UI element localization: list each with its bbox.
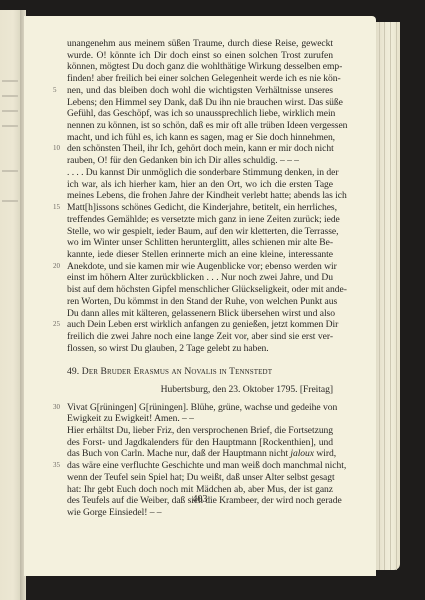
text-line: einst im höhern Alter zurückblicken . . … <box>67 272 333 284</box>
facing-page-edge <box>0 10 22 600</box>
text-line: des Forst- und Jagdkalenders für den Hau… <box>67 437 333 449</box>
text-line: 30Vivat G[rüningen] G[rüningen]. Blühe, … <box>67 402 333 414</box>
line-text: wie Gorge Einsiedel! – – <box>67 507 162 518</box>
bleed-through-text <box>2 200 18 202</box>
line-number: 10 <box>53 143 63 155</box>
text-line: Gefühl, das Geschöpf, was ich so unaussp… <box>67 108 333 120</box>
bleed-through-text <box>2 80 18 82</box>
line-text: finden! aber freilich bei einer solchen … <box>67 73 341 84</box>
line-text: wenn der Teufel sein Spiel hat; Du weißt… <box>67 472 335 483</box>
line-text: auch Dein Leben erst wirklich anfangen z… <box>67 319 338 330</box>
text-line: das Buch von Carln. Mache nur, daß der H… <box>67 448 333 460</box>
text-line: flossen, so wirst Du glauben, 2 Tage gel… <box>67 343 333 355</box>
line-text: ich war, als ich hierher kam, hier an de… <box>67 179 333 190</box>
line-text: hat: Ihr gebt Euch doch noch mit Mädchen… <box>67 484 333 495</box>
line-text: macht, und ich fühl es, ich kann es sage… <box>67 132 335 143</box>
text-line: Hier erhältst Du, lieber Friz, den versp… <box>67 425 333 437</box>
line-number: 25 <box>53 319 63 331</box>
line-text: Matt[h]issons schönes Gedicht, die Kinde… <box>67 202 337 213</box>
text-line: Du dann alles mit kälteren, gelassenern … <box>67 308 333 320</box>
bleed-through-text <box>2 95 18 97</box>
line-text: können, mögtest Du doch ganz die wohlthä… <box>67 61 342 72</box>
text-line: wie Gorge Einsiedel! – – <box>67 507 333 519</box>
text-line: kannte, iede dieser Stellen erinnerte mi… <box>67 249 333 261</box>
text-line: Stelle, wo wir gespielt, ieder Baum, auf… <box>67 226 333 238</box>
line-text: einst im höhern Alter zurückblicken . . … <box>67 272 333 283</box>
text-line: rauben, O! für den Gedanken bin ich Dir … <box>67 155 333 167</box>
line-text: unangenehm aus meinem süßen Traume, durc… <box>67 38 333 49</box>
page-text: unangenehm aus meinem süßen Traume, durc… <box>67 38 333 519</box>
line-text: des Forst- und Jagdkalenders für den Hau… <box>67 437 333 448</box>
text-line: 35das wäre eine verfluchte Geschichte un… <box>67 460 333 472</box>
text-line: macht, und ich fühl es, ich kann es sage… <box>67 132 333 144</box>
text-line: 20Anekdote, und sie kamen mir wie Augenb… <box>67 261 333 273</box>
text-line: unangenehm aus meinem süßen Traume, durc… <box>67 38 333 50</box>
line-text: Gefühl, das Geschöpf, was ich so unaussp… <box>67 108 335 119</box>
text-line: treffendes Gemählde; es versetzte mich g… <box>67 214 333 226</box>
text-line: ren Worten, Du kömmst in den Stand der R… <box>67 296 333 308</box>
text-line: wenn der Teufel sein Spiel hat; Du weißt… <box>67 472 333 484</box>
text-line: wurde. O! könnte ich Dir doch einst so e… <box>67 50 333 62</box>
line-text: wurde. O! könnte ich Dir doch einst so e… <box>67 50 333 61</box>
section-spacer <box>67 354 333 366</box>
bleed-through-text <box>2 110 18 112</box>
line-text: das Buch von Carln. Mache nur, daß der H… <box>67 448 290 459</box>
text-line: können, mögtest Du doch ganz die wohlthä… <box>67 61 333 73</box>
text-line: meines Lebens, die frohen Jahre der Kind… <box>67 190 333 202</box>
line-number: 20 <box>53 261 63 273</box>
line-text: . . . . Du kannst Dir unmöglich die sond… <box>67 167 338 178</box>
line-text: ren Worten, Du kömmst in den Stand der R… <box>67 296 337 307</box>
line-text: Hier erhältst Du, lieber Friz, den versp… <box>67 425 333 436</box>
line-text: bist auf dem höchsten Gipfel menschliche… <box>67 284 347 295</box>
line-text: wo im Winter unser Schlitten heruntergli… <box>67 237 333 248</box>
line-text: treffendes Gemählde; es versetzte mich g… <box>67 214 340 225</box>
line-text: wird, <box>314 448 336 459</box>
book-page: unangenehm aus meinem süßen Traume, durc… <box>24 16 376 576</box>
line-text: freilich die zwei Jahre noch eine lange … <box>67 331 333 342</box>
text-line: 10den schönsten Theil, ihr Ich, gehört d… <box>67 143 333 155</box>
line-text: das wäre eine verfluchte Geschichte und … <box>67 460 346 471</box>
letter-dateline: Hubertsburg, den 23. Oktober 1795. [Frei… <box>67 384 333 396</box>
bleed-through-text <box>2 125 18 127</box>
line-text: Du dann alles mit kälteren, gelassenern … <box>67 308 335 319</box>
text-line: wo im Winter unser Schlitten heruntergli… <box>67 237 333 249</box>
bleed-through-text <box>2 170 18 172</box>
page-edge-line <box>379 22 380 570</box>
line-text: Vivat G[rüningen] G[rüningen]. Blühe, gr… <box>67 402 337 413</box>
page-number: 403 <box>24 494 376 505</box>
text-line: finden! aber freilich bei einer solchen … <box>67 73 333 85</box>
line-text: flossen, so wirst Du glauben, 2 Tage gel… <box>67 343 269 354</box>
text-line: Ewigkeit zu Ewigkeit! Amen. – – <box>67 413 333 425</box>
text-line: 5nen, und das bleiben doch wohl die wich… <box>67 85 333 97</box>
text-line: 25auch Dein Leben erst wirklich anfangen… <box>67 319 333 331</box>
line-text: nen, und das bleiben doch wohl die wicht… <box>67 85 333 96</box>
line-text: kannte, iede dieser Stellen erinnerte mi… <box>67 249 333 260</box>
text-line: nennen zu können, ist so schön, daß es m… <box>67 120 333 132</box>
line-number: 30 <box>53 402 63 414</box>
text-line: 15Matt[h]issons schönes Gedicht, die Kin… <box>67 202 333 214</box>
letter-continuation: unangenehm aus meinem süßen Traume, durc… <box>67 38 333 354</box>
text-line: . . . . Du kannst Dir unmöglich die sond… <box>67 167 333 179</box>
page-edge-line <box>390 22 391 570</box>
line-text: Anekdote, und sie kamen mir wie Augenbli… <box>67 261 337 272</box>
line-text: den schönsten Theil, ihr Ich, gehört doc… <box>67 143 334 154</box>
text-line: ich war, als ich hierher kam, hier an de… <box>67 179 333 191</box>
text-line: bist auf dem höchsten Gipfel menschliche… <box>67 284 333 296</box>
line-number: 35 <box>53 460 63 472</box>
line-text: Ewigkeit zu Ewigkeit! Amen. – – <box>67 413 194 424</box>
page-edge-line <box>396 22 397 570</box>
text-line: freilich die zwei Jahre noch eine lange … <box>67 331 333 343</box>
line-text: rauben, O! für den Gedanken bin ich Dir … <box>67 155 299 166</box>
line-text: Lebens; den Himmel sey Dank, daß Du ihn … <box>67 97 343 108</box>
line-text: meines Lebens, die frohen Jahre der Kind… <box>67 190 347 201</box>
line-text: nennen zu können, ist so schön, daß es m… <box>67 120 347 131</box>
line-number: 15 <box>53 202 63 214</box>
text-line: Lebens; den Himmel sey Dank, daß Du ihn … <box>67 97 333 109</box>
italic-word: jaloux <box>290 448 314 459</box>
line-number: 5 <box>53 85 63 97</box>
letter-heading: 49. Der Bruder Erasmus an Novalis in Ten… <box>67 366 333 378</box>
page-edge-line <box>384 22 385 570</box>
line-text: Stelle, wo wir gespielt, ieder Baum, auf… <box>67 226 338 237</box>
page-stack-edge <box>376 22 400 570</box>
